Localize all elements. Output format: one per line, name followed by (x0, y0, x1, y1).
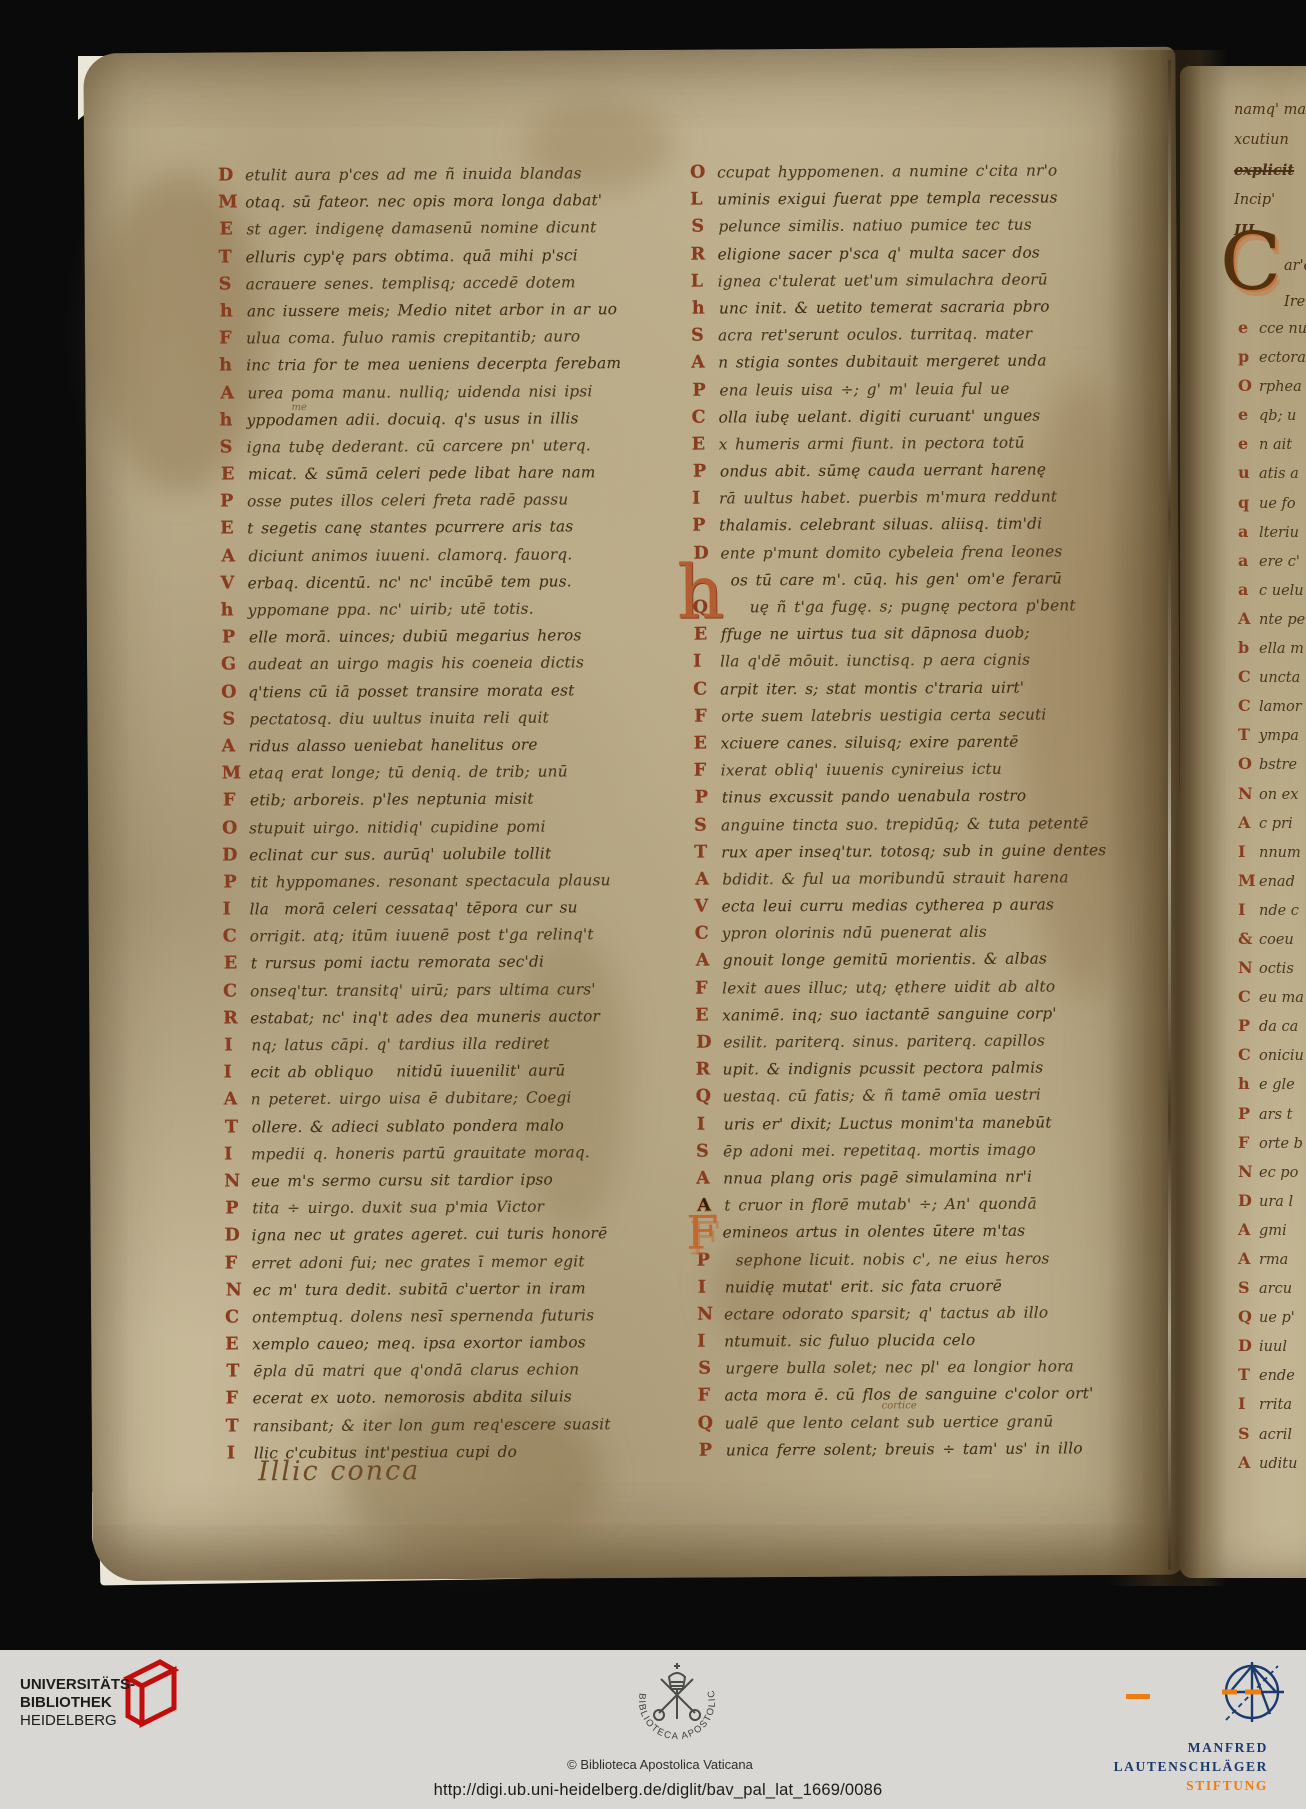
next-page-line-fragment: Inde c (1238, 900, 1306, 929)
orange-dash-mark (1126, 1694, 1150, 1699)
line-text: lteriu (1259, 525, 1299, 541)
line-initial: D (693, 543, 720, 563)
manuscript-line: Sacrauere senes. templisq; accedē dotem (219, 272, 621, 302)
line-initial: I (692, 489, 719, 509)
line-initial: F (694, 761, 721, 781)
line-initial: N (224, 1171, 251, 1191)
line-text: acrauere senes. templisq; accedē dotem (246, 273, 576, 293)
line-initial: h (692, 298, 719, 318)
next-page-line-fragment: Agmi (1238, 1220, 1306, 1249)
line-text: ere c' (1259, 554, 1300, 570)
manuscript-line: Spectatosq. diu uultus inuita reli quit (222, 707, 624, 737)
manuscript-line: Declinat cur sus. aurūq' uolubile tollit (222, 843, 624, 873)
manuscript-line: Detulit aura p'ces ad me ñ inuida blanda… (218, 163, 620, 193)
line-initial: F (697, 1386, 724, 1406)
line-initial: E (695, 1005, 722, 1025)
line-initial: P (699, 1440, 726, 1460)
manuscript-line: hanc iussere meis; Medio nitet arbor in … (220, 299, 622, 329)
line-text: iuul (1259, 1339, 1287, 1355)
next-page-line-fragment: Ac pri (1238, 813, 1306, 842)
manuscript-line: Verbaq. dicentū. nc' nc' incūbē tem pus. (221, 571, 623, 601)
manuscript-line: Aridus alasso ueniebat hanelitus ore (222, 734, 624, 764)
line-initial: I (223, 899, 250, 919)
next-page-line-fragment: Sacril (1238, 1424, 1306, 1453)
next-page-line-fragment: aere c' (1238, 551, 1306, 580)
line-initial: T (1238, 725, 1259, 744)
line-text: rrita (1259, 1397, 1292, 1413)
manuscript-line: hunc init. & uetito temerat sacraria pbr… (692, 296, 1104, 326)
manuscript-line: Ptinus excussit pando uenabula rostro (695, 785, 1107, 815)
line-initial: u (1238, 463, 1259, 482)
manuscript-line: Pena leuis uisa ÷; g' m' leuia ful ue (692, 378, 1104, 408)
line-initial: S (691, 217, 718, 237)
line-initial: P (223, 872, 250, 892)
line-initial: D (225, 1226, 252, 1246)
line-initial: N (1238, 1162, 1259, 1181)
line-initial: P (692, 380, 719, 400)
line-initial: O (690, 162, 717, 182)
line-text: ontemptuq. dolens nesī spernenda futuris (252, 1306, 594, 1326)
manuscript-line: Trux aper inseq'tur. totosq; sub in guin… (694, 840, 1106, 870)
line-initial: R (696, 1060, 723, 1080)
line-initial: I (1238, 842, 1259, 861)
manuscript-line: Sēp adoni mei. repetitaq. mortis imago (696, 1139, 1108, 1169)
line-initial: P (1238, 1016, 1259, 1035)
line-initial: S (1238, 1278, 1259, 1297)
line-text: lla q'dē mōuit. iunctisq. p aera cignis (720, 651, 1030, 671)
lautenschlaeger-stiftung-logo-icon (1216, 1658, 1286, 1728)
manuscript-line: Et segetis canę stantes pcurrere aris ta… (220, 517, 622, 547)
line-initial: I (224, 1144, 251, 1164)
line-initial: h (220, 301, 247, 321)
vatican-copyright: © Biblioteca Apostolica Vaticana (510, 1757, 810, 1772)
line-text: ella m (1259, 641, 1304, 657)
next-page-line-fragment: Ceu ma (1238, 987, 1306, 1016)
line-initial: O (1238, 754, 1259, 773)
manuscript-line: Et rursus pomi iactu remorata sec'di (224, 951, 626, 981)
manuscript-line: Neue m's sermo cursu sit tardior ipso (224, 1169, 626, 1199)
ub-heidelberg-logo-text: UNIVERSITÄTS- BIBLIOTHEK HEIDELBERG (20, 1676, 135, 1730)
line-initial: Q (698, 1413, 725, 1433)
line-initial: D (222, 845, 249, 865)
manuscript-line: Exemplo caueo; meq. ipsa exortor iambos (225, 1332, 627, 1362)
line-initial: I (697, 1332, 724, 1352)
manuscript-line: An peteret. uirgo uisa ē dubitare; Coegi (224, 1087, 626, 1117)
manuscript-line: An stigia sontes dubitauit mergeret unda (691, 350, 1103, 380)
line-text: lamor (1259, 699, 1302, 715)
line-text: qb; u (1259, 408, 1296, 424)
next-page-line-fragment: uatis a (1238, 463, 1306, 492)
line-initial: E (220, 519, 247, 539)
next-page-line-fragments: ecce nupectoraOrpheaeqb; uen aituatis aq… (1238, 318, 1306, 1482)
manuscript-line: Oq'tiens cū iā posset transire morata es… (221, 680, 623, 710)
line-text: gmi (1259, 1223, 1287, 1239)
line-initial: I (1238, 900, 1259, 919)
manuscript-line: Intumuit. sic fuluo plucida celo (697, 1329, 1109, 1359)
line-text: tita ÷ uirgo. duxit sua p'mia Victor (252, 1198, 544, 1218)
line-initial: R (223, 1008, 250, 1028)
line-initial: h (219, 356, 246, 376)
next-page-line-fragment: Menad (1238, 871, 1306, 900)
manuscript-line: Surgere bulla solet; nec pl' ea longior … (698, 1356, 1110, 1386)
line-initial: e (1238, 318, 1259, 337)
line-text: st ager. indigenę damasenū nomine dicunt (246, 219, 596, 239)
line-initial: e (1238, 405, 1259, 424)
next-page-line-fragment: Irrita (1238, 1394, 1306, 1423)
manuscript-line: Rupit. & indignis pcussit pectora palmis (696, 1057, 1108, 1087)
line-initial: E (225, 1334, 252, 1354)
line-text: da ca (1259, 1019, 1298, 1035)
manuscript-line: Sacra ret'serunt oculos. turritaq. mater (691, 323, 1103, 353)
line-initial: S (694, 815, 721, 835)
line-text: olla iubę uelant. digiti curuant' ungues (719, 406, 1041, 426)
line-text: erbaq. dicentū. nc' nc' incūbē tem pus. (248, 572, 572, 592)
manuscript-line: Abdidit. & ful ua moribundū strauit hare… (695, 867, 1107, 897)
next-page-line-fragment: &coeu (1238, 929, 1306, 958)
line-initial: A (220, 383, 247, 403)
line-text: oniciu (1259, 1048, 1304, 1064)
line-text: inc tria for te mea ueniens decerpta fer… (246, 354, 621, 374)
next-page-line-fragment: Nec po (1238, 1162, 1306, 1191)
manuscript-line: Corrigit. atq; itūm iuuenē post t'ga rel… (223, 924, 625, 954)
line-text: ypron olorinis ndū puenerat alis (722, 923, 987, 943)
next-page-line-fragment: Arma (1238, 1249, 1306, 1278)
line-initial: P (222, 628, 249, 648)
manuscript-line: Tollere. & adieci sublato pondera malo (225, 1115, 627, 1145)
manuscript-line: Ostupuit uirgo. nitidiq' cupidine pomi (222, 816, 624, 846)
line-text: lexit aues illuc; utq; ęthere uidit ab a… (722, 977, 1055, 997)
line-initial: A (1238, 609, 1259, 628)
manuscript-line: Posse putes illos celeri freta radē pass… (220, 489, 622, 519)
line-text: elle morā. uinces; dubiū megarius heros (249, 627, 582, 647)
line-initial: a (1238, 551, 1259, 570)
line-text: ectare odorato sparsit; q' tactus ab ill… (724, 1303, 1048, 1323)
next-page-line-fragment: Noctis (1238, 958, 1306, 987)
next-page-line-fragment: alteriu (1238, 522, 1306, 551)
line-initial: I (698, 1277, 725, 1297)
line-initial: S (219, 274, 246, 294)
manuscript-line: Pondus abit. sūmę cauda uerrant harenę (693, 459, 1105, 489)
next-page-line-fragment: Tende (1238, 1365, 1306, 1394)
line-text: ccupat hyppomenen. a numine c'cita nr'o (717, 161, 1057, 181)
manuscript-line: Cypron olorinis ndū puenerat alis (695, 921, 1107, 951)
line-text: anguine tincta suo. trepidūq; & tuta pet… (721, 814, 1088, 834)
line-text: n ait (1259, 437, 1292, 453)
line-initial: e (1238, 434, 1259, 453)
line-text: ffuge ne uirtus tua sit dāpnosa duob; (721, 624, 1030, 644)
line-text: xemplo caueo; meq. ipsa exortor iambos (252, 1333, 586, 1353)
manuscript-line: Exciuere canes. siluisq; exire parentē (694, 731, 1106, 761)
line-text: ars t (1259, 1107, 1292, 1123)
line-text: uę ñ t'ga fugę. s; pugnę pectora p'bent (750, 596, 1076, 616)
line-initial: O (222, 818, 249, 838)
line-initial: a (1238, 580, 1259, 599)
manuscript-line: Desilit. pariterq. sinus. pariterq. capi… (696, 1030, 1108, 1060)
source-url: http://digi.ub.uni-heidelberg.de/diglit/… (328, 1781, 988, 1800)
line-text: rux aper inseq'tur. totosq; sub in guine… (721, 841, 1106, 861)
line-initial: M (222, 763, 249, 783)
line-text: anc iussere meis; Medio nitet arbor in a… (247, 300, 617, 320)
line-text: uditu (1259, 1456, 1297, 1472)
line-text: ransibant; & iter lon gum req'escere sua… (253, 1415, 611, 1435)
line-initial: A (1238, 813, 1259, 832)
line-text: eu ma (1259, 990, 1304, 1006)
line-text: osse putes illos celeri freta radē passu (247, 491, 568, 511)
line-initial: P (225, 1198, 252, 1218)
line-text: ue fo (1259, 496, 1296, 512)
line-text: nnum (1259, 845, 1301, 861)
line-initial: A (697, 1196, 724, 1216)
line-text: bdidit. & ful ua moribundū strauit haren… (722, 868, 1068, 888)
line-text: ympa (1259, 728, 1299, 744)
line-initial: C (1238, 667, 1259, 686)
line-initial: I (224, 1035, 251, 1055)
line-initial: M (1238, 871, 1259, 890)
next-page-line-fragment: he gle (1238, 1074, 1306, 1103)
line-initial: & (1238, 929, 1259, 948)
next-page-line-fragment: xcutiun (1234, 132, 1306, 162)
line-text: igna tubę dederant. cū carcere pn' uterq… (247, 436, 591, 456)
manuscript-line: Telluris cyp'ę pars obtima. quā mihi p's… (219, 245, 621, 275)
manuscript-line: Irā uultus habet. puerbis m'mura reddunt (692, 486, 1104, 516)
manuscript-line: hyppodamen adii. docuiq. q's usus in ill… (220, 408, 622, 438)
line-text: nde c (1259, 903, 1299, 919)
line-initial: S (222, 709, 249, 729)
line-text: ondus abit. sūmę cauda uerrant harenę (720, 461, 1046, 481)
manuscript-line: Metaq erat longe; tū deniq. de trib; unū (222, 761, 624, 791)
ub-line3: HEIDELBERG (20, 1712, 135, 1730)
line-initial: V (695, 897, 722, 917)
manuscript-line: At cruor in florē mutab' ÷; An' quondā (697, 1193, 1109, 1223)
line-text: ignea c'tulerat uet'um simulachra deorū (718, 270, 1048, 290)
line-initial: E (692, 434, 719, 454)
line-text: pectatosq. diu uultus inuita reli quit (249, 708, 549, 728)
line-initial: Q (696, 1087, 723, 1107)
line-text: gnouit longe gemitū morientis. & albas (723, 950, 1047, 970)
line-text: ēp adoni mei. repetitaq. mortis imago (723, 1140, 1036, 1160)
line-initial: C (1238, 696, 1259, 715)
manuscript-line: Femineos artus in olentes ūtere m'tas (696, 1220, 1108, 1250)
line-initial: F (695, 978, 722, 998)
line-initial: a (1238, 522, 1259, 541)
manuscript-line: Questaq. cū fatis; & ñ tamē omīa uestri (696, 1084, 1108, 1114)
line-text: mpedii q. honeris partū grauitate moraq. (251, 1143, 590, 1163)
manuscript-line: Gaudeat an uirgo magis his coeneia dicti… (221, 652, 623, 682)
line-text: estabat; nc' inq't ades dea muneris auct… (250, 1007, 600, 1027)
line-initial: C (223, 927, 250, 947)
manuscript-line: Qualē que lento celant sub uertice granū (698, 1411, 1110, 1441)
line-initial: P (692, 516, 719, 536)
line-text: ecta leui curru medias cytherea p auras (722, 895, 1055, 915)
line-text: c uelu (1259, 583, 1304, 599)
line-initial: T (219, 247, 246, 267)
manuscript-line: hos tū care m'. cūq. his gen' om'e ferar… (693, 568, 1105, 598)
manuscript-line: Annua plang oris pagē simulamina nr'i (696, 1166, 1108, 1196)
line-text: enad (1259, 874, 1295, 890)
line-text: etulit aura p'ces ad me ñ inuida blandas (245, 164, 582, 184)
line-initial: S (220, 437, 247, 457)
ml-line3: STIFTUNG (1114, 1776, 1268, 1795)
line-text: octis (1259, 961, 1294, 977)
ml-line2: LAUTENSCHLÄGER (1114, 1757, 1268, 1776)
line-initial: E (219, 220, 246, 240)
next-page-line-fragment: Forte b (1238, 1133, 1306, 1162)
line-text: ecit ab obliquo nitidū iuuenilit' aurū (251, 1062, 566, 1082)
line-text: erret adoni fui; nec grates ī memor egit (252, 1252, 585, 1272)
line-text: x humeris armi fiunt. in pectora totū (719, 433, 1025, 453)
manuscript-line: Impedii q. honeris partū grauitate moraq… (224, 1142, 626, 1172)
manuscript-line: Iuris er' dixit; Luctus monim'ta manebūt (697, 1112, 1109, 1142)
ub-line2: BIBLIOTHEK (20, 1694, 135, 1712)
next-page-line-fragment: bella m (1238, 638, 1306, 667)
line-text: eligione sacer p'sca q' multa sacer dos (718, 243, 1040, 263)
text-column-right: Occupat hyppomenen. a numine c'cita nr'o… (690, 160, 1110, 1467)
line-initial: L (691, 271, 718, 291)
line-text: cce nu (1259, 321, 1306, 337)
next-page-line-fragment: pectora (1238, 347, 1306, 376)
line-initial: A (1238, 1220, 1259, 1239)
next-page-line-fragment: Cuncta (1238, 667, 1306, 696)
line-text: xciuere canes. siluisq; exire parentē (721, 733, 1019, 753)
manuscript-line: Motaq. sū fateor. nec opis mora longa da… (218, 190, 620, 220)
manuscript-line: Psephone licuit. nobis c', ne eius heros (697, 1248, 1109, 1278)
line-initial: S (696, 1141, 723, 1161)
line-text: ēpla dū matri que q'ondā clarus echion (253, 1361, 579, 1381)
line-text: os tū care m'. cūq. his gen' om'e ferarū (731, 569, 1063, 589)
line-text: ue p' (1259, 1310, 1295, 1326)
line-text: uestaq. cū fatis; & ñ tamē omīa uestri (723, 1086, 1041, 1106)
line-initial: A (1238, 1249, 1259, 1268)
line-text: yppomane ppa. nc' uirib; utē totis. (248, 600, 534, 620)
manuscript-line: hyppomane ppa. nc' uirib; utē totis. (221, 598, 623, 628)
next-page-line-fragment: que fo (1238, 493, 1306, 522)
manuscript-line: Luminis exigui fuerat ppe templa recessu… (690, 187, 1102, 217)
next-page-line-fragment: Diuul (1238, 1336, 1306, 1365)
next-page-line-fragment: ecce nu (1238, 318, 1306, 347)
manuscript-line: Carpit iter. s; stat montis c'traria uir… (693, 677, 1105, 707)
line-text: orte suem latebris uestigia certa secuti (721, 705, 1046, 725)
manuscript-line: Digna nec ut grates ageret. cui turis ho… (225, 1223, 627, 1253)
line-text: ec m' tura dedit. subitā c'uertor in ira… (253, 1279, 586, 1299)
line-initial: p (1238, 347, 1259, 366)
line-initial: C (693, 679, 720, 699)
line-initial: D (1238, 1191, 1259, 1210)
next-page-line-fragment: Ante pe (1238, 609, 1306, 638)
line-initial: F (219, 328, 246, 348)
line-text: ectora (1259, 350, 1306, 366)
line-initial: N (226, 1280, 253, 1300)
line-initial: h (220, 410, 247, 430)
line-text: lla morā celeri cessataq' tēpora cur su (250, 898, 578, 918)
line-initial: P (220, 492, 247, 512)
manuscript-line: Pelle morā. uinces; dubiū megarius heros (222, 625, 624, 655)
line-initial: F (1238, 1133, 1259, 1152)
next-page-line-fragment: ac uelu (1238, 580, 1306, 609)
line-text: ixerat obliq' iuuenis cynireius ictu (721, 760, 1002, 780)
line-initial: F (223, 791, 250, 811)
line-initial: C (223, 981, 250, 1001)
line-initial: A (1238, 1453, 1259, 1472)
line-text: rma (1259, 1252, 1288, 1268)
ub-line1: UNIVERSITÄTS- (20, 1676, 135, 1694)
line-initial: I (1238, 1394, 1259, 1413)
line-text: ntumuit. sic fuluo plucida celo (724, 1331, 975, 1351)
line-text: ec po (1259, 1165, 1298, 1181)
manuscript-line: Emicat. & sūmā celeri pede libat hare na… (221, 462, 623, 492)
manuscript-page-verso: Detulit aura p'ces ad me ñ inuida blanda… (83, 47, 1184, 1582)
line-initial: I (693, 652, 720, 672)
decorated-initial-c: C (1220, 222, 1281, 302)
ml-line1: MANFRED (1114, 1738, 1268, 1757)
line-initial: F (694, 706, 721, 726)
line-initial: T (226, 1416, 253, 1436)
line-text: eclinat cur sus. aurūq' uolubile tollit (249, 844, 551, 864)
manuscript-line: Conseq'tur. transitq' uirū; pars ultima … (223, 979, 625, 1009)
line-initial: T (226, 1362, 253, 1382)
next-page-line-fragment: Dura l (1238, 1191, 1306, 1220)
line-initial: V (221, 573, 248, 593)
line-text: rā uultus habet. puerbis m'mura reddunt (719, 488, 1057, 508)
manuscript-line: Vecta leui curru medias cytherea p auras (695, 894, 1107, 924)
manuscript-line: Quę ñ t'ga fugę. s; pugnę pectora p'bent (693, 595, 1105, 625)
line-text: t rursus pomi iactu remorata sec'di (251, 953, 544, 973)
line-initial: S (698, 1359, 725, 1379)
line-text: tit hyppomanes. resonant spectacula plau… (250, 871, 610, 891)
manuscript-line: Nec m' tura dedit. subitā c'uertor in ir… (226, 1278, 628, 1308)
line-text: uncta (1259, 670, 1300, 686)
line-text: ulua coma. fuluo ramis crepitantib; auro (246, 327, 580, 347)
manuscript-line: Adiciunt animos iuueni. clamorq. fauorq. (221, 544, 623, 574)
line-initial: I (224, 1063, 251, 1083)
line-initial: E (694, 733, 721, 753)
manuscript-line: Flexit aues illuc; utq; ęthere uidit ab … (695, 976, 1107, 1006)
line-initial: C (1238, 987, 1259, 1006)
manuscript-line: Forte suem latebris uestigia certa secut… (694, 704, 1106, 734)
line-initial: E (694, 625, 721, 645)
line-text: n peteret. uirgo uisa ē dubitare; Coegi (251, 1089, 572, 1109)
line-text: ecerat ex uoto. nemorosis abdita siluis (253, 1388, 572, 1408)
line-initial: S (1238, 1424, 1259, 1443)
line-initial: C (1238, 1045, 1259, 1064)
rubric-struck-through: explicit (1234, 162, 1306, 192)
next-page-line-fragment: ar'e (1284, 258, 1306, 274)
line-text: nuidię mutat' erit. sic fata cruorē (725, 1276, 1002, 1296)
line-initial: I (227, 1443, 254, 1463)
line-text: stupuit uirgo. nitidiq' cupidine pomi (249, 817, 546, 837)
line-text: acril (1259, 1427, 1292, 1443)
line-initial: A (696, 1168, 723, 1188)
manuscript-line: Restabat; nc' inq't ades dea muneris auc… (223, 1006, 625, 1036)
line-initial: L (690, 190, 717, 210)
line-initial: E (221, 464, 248, 484)
manuscript-line: Effuge ne uirtus tua sit dāpnosa duob; (694, 622, 1106, 652)
next-page-line-fragment: namq' ma (1234, 102, 1306, 132)
line-initial: A (696, 951, 723, 971)
line-initial: C (695, 924, 722, 944)
line-initial: I (697, 1114, 724, 1134)
line-text: thalamis. celebrant siluas. aliisq. tim'… (719, 515, 1042, 535)
manuscript-line: Occupat hyppomenen. a numine c'cita nr'o (690, 160, 1102, 190)
line-text: on ex (1259, 787, 1298, 803)
line-initial: h (1238, 1074, 1259, 1093)
manuscript-line: Fecerat ex uoto. nemorosis abdita siluis (226, 1386, 628, 1416)
line-text: nq; latus cāpi. q' tardius illa rediret (251, 1035, 549, 1055)
manuscript-line: Illa morā celeri cessataq' tēpora cur su (223, 897, 625, 927)
line-text: igna nec ut grates ageret. cui turis hon… (252, 1224, 608, 1244)
line-initial: C (225, 1307, 252, 1327)
line-text: e gle (1259, 1077, 1295, 1093)
catchword: Illic conca (258, 1455, 420, 1487)
